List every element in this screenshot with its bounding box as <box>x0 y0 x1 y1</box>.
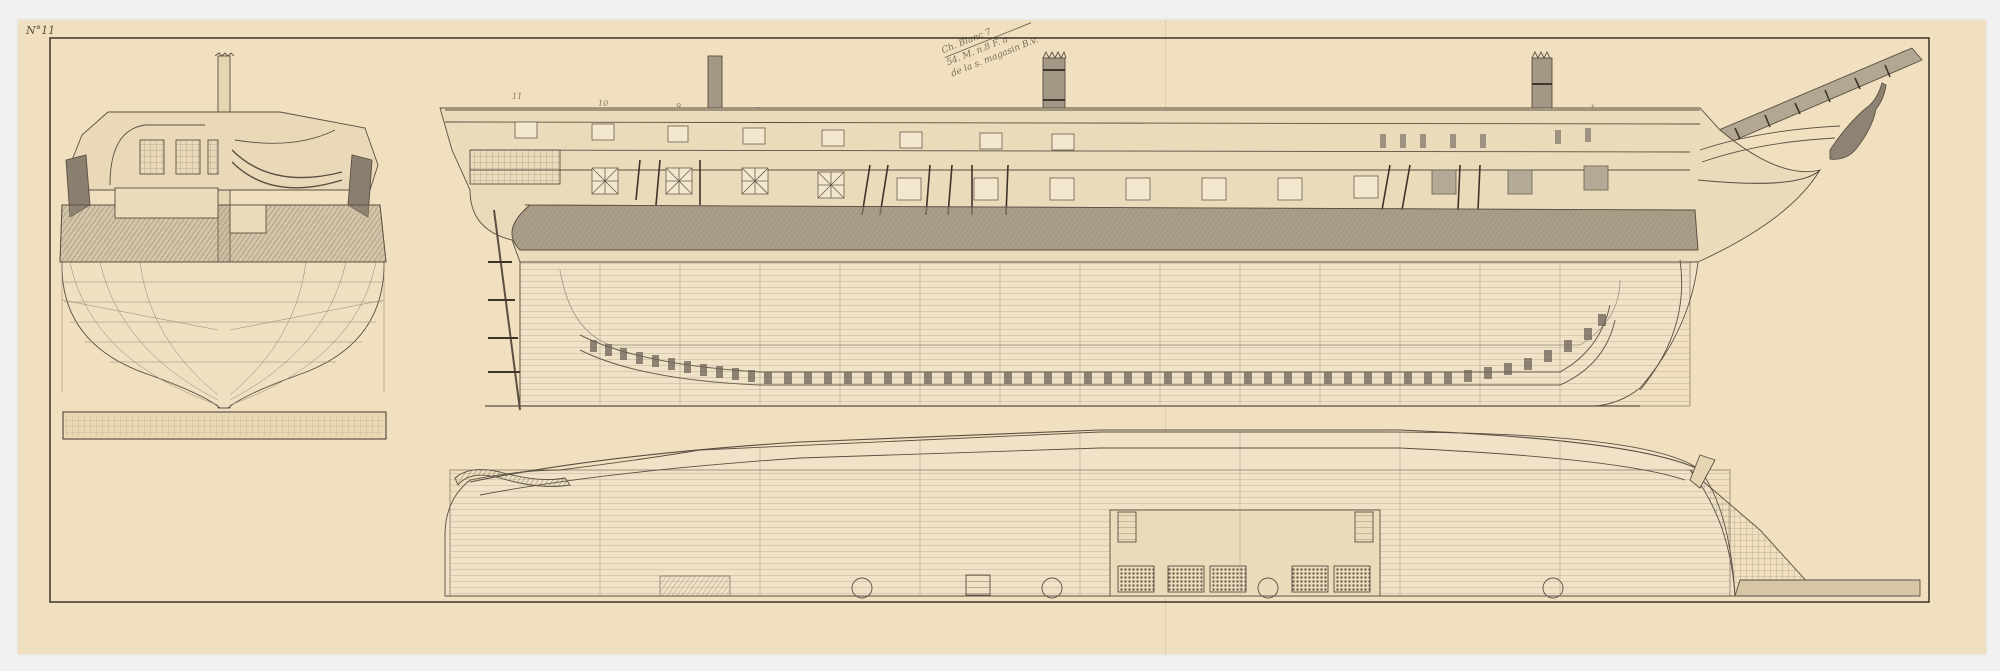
stern-view <box>60 53 386 408</box>
hatch-grating <box>1118 566 1154 592</box>
profile-view <box>440 48 1922 410</box>
plan-view <box>445 430 1920 598</box>
hatch-grating <box>1334 566 1370 592</box>
bowsprit <box>1700 48 1922 150</box>
scale-bar <box>63 412 386 439</box>
ship-plan-drawing <box>0 0 2000 671</box>
hatch-grating <box>1210 566 1246 592</box>
hatch-grating <box>1168 566 1204 592</box>
hatch-grating <box>1292 566 1328 592</box>
